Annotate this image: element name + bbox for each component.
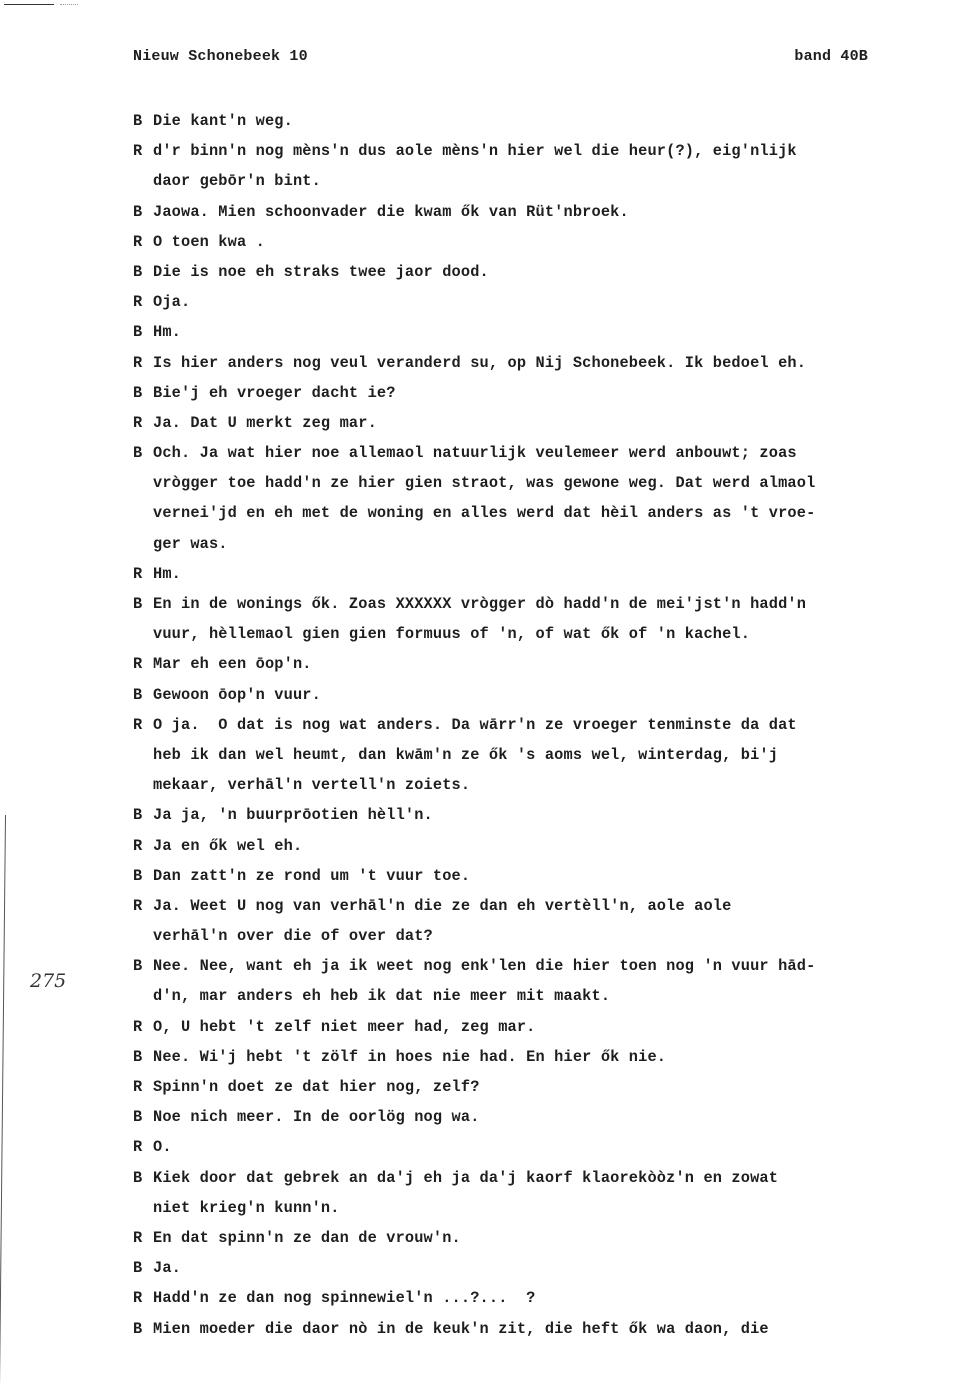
speaker-label: R <box>133 710 153 740</box>
transcript-turn: BNoe nich meer. In de oorlög nog wa. <box>133 1102 903 1132</box>
utterance-text: Hm. <box>153 565 181 583</box>
speaker-label: R <box>133 136 153 166</box>
transcript-turn: BOch. Ja wat hier noe allemaol natuurlij… <box>133 438 903 468</box>
utterance-text: Spinn'n doet ze dat hier nog, zelf? <box>153 1078 480 1096</box>
utterance-text: Dan zatt'n ze rond um 't vuur toe. <box>153 867 470 885</box>
utterance-text: Oja. <box>153 293 190 311</box>
utterance-text: niet krieg'n kunn'n. <box>153 1199 340 1217</box>
utterance-text: Och. Ja wat hier noe allemaol natuurlijk… <box>153 444 797 462</box>
transcript-turn: BJa. <box>133 1253 903 1283</box>
transcript-turn: BMien moeder die daor nò in de keuk'n zi… <box>133 1314 903 1344</box>
transcript-turn: RJa en ők wel eh. <box>133 831 903 861</box>
transcript-turn: BKiek door dat gebrek an da'j eh ja da'j… <box>133 1163 903 1193</box>
speaker-label: B <box>133 800 153 830</box>
top-rule-mark <box>4 4 54 5</box>
speaker-label: R <box>133 649 153 679</box>
utterance-text: d'r binn'n nog mèns'n dus aole mèns'n hi… <box>153 142 797 160</box>
transcript-continuation: heb ik dan wel heumt, dan kwām'n ze ők '… <box>133 740 903 770</box>
utterance-text: Kiek door dat gebrek an da'j eh ja da'j … <box>153 1169 778 1187</box>
transcript-continuation: vrògger toe hadd'n ze hier gien straot, … <box>133 468 903 498</box>
transcript-turn: BJa ja, 'n buurprōotien hèll'n. <box>133 800 903 830</box>
utterance-text: O. <box>153 1138 172 1156</box>
transcript-turn: Rd'r binn'n nog mèns'n dus aole mèns'n h… <box>133 136 903 166</box>
transcript-continuation: d'n, mar anders eh heb ik dat nie meer m… <box>133 981 903 1011</box>
utterance-text: vernei'jd en eh met de woning en alles w… <box>153 504 815 522</box>
speaker-label: B <box>133 951 153 981</box>
transcript-turn: RHadd'n ze dan nog spinnewiel'n ...?... … <box>133 1283 903 1313</box>
utterance-text: Die is noe eh straks twee jaor dood. <box>153 263 489 281</box>
transcript-continuation: vernei'jd en eh met de woning en alles w… <box>133 498 903 528</box>
utterance-text: O toen kwa . <box>153 233 265 251</box>
utterance-text: O ja. O dat is nog wat anders. Da wārr'n… <box>153 716 797 734</box>
top-rule-dots <box>60 4 78 6</box>
utterance-text: Nee. Nee, want eh ja ik weet nog enk'len… <box>153 957 815 975</box>
transcript-turn: BJaowa. Mien schoonvader die kwam ők van… <box>133 197 903 227</box>
speaker-label: R <box>133 891 153 921</box>
utterance-text: Mien moeder die daor nò in de keuk'n zit… <box>153 1320 769 1338</box>
transcript-continuation: ger was. <box>133 529 903 559</box>
utterance-text: mekaar, verhāl'n vertell'n zoiets. <box>153 776 470 794</box>
utterance-text: Ja. <box>153 1259 181 1277</box>
transcript-body: BDie kant'n weg.Rd'r binn'n nog mèns'n d… <box>133 106 903 1344</box>
transcript-continuation: daor gebōr'n bint. <box>133 166 903 196</box>
utterance-text: Is hier anders nog veul veranderd su, op… <box>153 354 806 372</box>
speaker-label: R <box>133 408 153 438</box>
transcript-turn: BNee. Wi'j hebt 't zölf in hoes nie had.… <box>133 1042 903 1072</box>
transcript-continuation: niet krieg'n kunn'n. <box>133 1193 903 1223</box>
speaker-label: R <box>133 1072 153 1102</box>
utterance-text: Ja. Weet U nog van verhāl'n die ze dan e… <box>153 897 731 915</box>
speaker-label: B <box>133 1314 153 1344</box>
speaker-label: R <box>133 1012 153 1042</box>
speaker-label: B <box>133 257 153 287</box>
transcript-turn: BNee. Nee, want eh ja ik weet nog enk'le… <box>133 951 903 981</box>
utterance-text: vrògger toe hadd'n ze hier gien straot, … <box>153 474 815 492</box>
transcript-turn: RSpinn'n doet ze dat hier nog, zelf? <box>133 1072 903 1102</box>
speaker-label: R <box>133 287 153 317</box>
transcript-continuation: mekaar, verhāl'n vertell'n zoiets. <box>133 770 903 800</box>
transcript-turn: BHm. <box>133 317 903 347</box>
speaker-label: R <box>133 559 153 589</box>
speaker-label: B <box>133 378 153 408</box>
utterance-text: heb ik dan wel heumt, dan kwām'n ze ők '… <box>153 746 778 764</box>
utterance-text: O, U hebt 't zelf niet meer had, zeg mar… <box>153 1018 536 1036</box>
utterance-text: Gewoon ōop'n vuur. <box>153 686 321 704</box>
speaker-label: B <box>133 589 153 619</box>
speaker-label: R <box>133 348 153 378</box>
speaker-label: R <box>133 1223 153 1253</box>
utterance-text: Jaowa. Mien schoonvader die kwam ők van … <box>153 203 629 221</box>
transcript-turn: REn dat spinn'n ze dan de vrouw'n. <box>133 1223 903 1253</box>
transcript-turn: BBie'j eh vroeger dacht ie? <box>133 378 903 408</box>
document-title: Nieuw Schonebeek 10 <box>133 48 308 65</box>
speaker-label: B <box>133 1042 153 1072</box>
transcript-turn: RO. <box>133 1132 903 1162</box>
transcript-turn: RJa. Weet U nog van verhāl'n die ze dan … <box>133 891 903 921</box>
speaker-label: B <box>133 680 153 710</box>
transcript-turn: BDan zatt'n ze rond um 't vuur toe. <box>133 861 903 891</box>
tape-label: band 40B <box>794 48 868 65</box>
transcript-turn: BDie is noe eh straks twee jaor dood. <box>133 257 903 287</box>
utterance-text: En dat spinn'n ze dan de vrouw'n. <box>153 1229 461 1247</box>
utterance-text: Mar eh een ōop'n. <box>153 655 312 673</box>
speaker-label: B <box>133 438 153 468</box>
speaker-label: R <box>133 1132 153 1162</box>
utterance-text: En in de wonings ők. Zoas XXXXXX vrògger… <box>153 595 806 613</box>
utterance-text: Hm. <box>153 323 181 341</box>
speaker-label: R <box>133 831 153 861</box>
transcript-turn: RIs hier anders nog veul veranderd su, o… <box>133 348 903 378</box>
utterance-text: Ja en ők wel eh. <box>153 837 302 855</box>
speaker-label: B <box>133 861 153 891</box>
utterance-text: Ja. Dat U merkt zeg mar. <box>153 414 377 432</box>
transcript-turn: RO, U hebt 't zelf niet meer had, zeg ma… <box>133 1012 903 1042</box>
speaker-label: B <box>133 1163 153 1193</box>
utterance-text: Ja ja, 'n buurprōotien hèll'n. <box>153 806 433 824</box>
transcript-turn: RO toen kwa . <box>133 227 903 257</box>
transcript-turn: RMar eh een ōop'n. <box>133 649 903 679</box>
handwritten-page-number: 275 <box>30 970 66 992</box>
transcript-turn: ROja. <box>133 287 903 317</box>
utterance-text: verhāl'n over die of over dat? <box>153 927 433 945</box>
speaker-label: R <box>133 227 153 257</box>
transcript-turn: BGewoon ōop'n vuur. <box>133 680 903 710</box>
transcript-turn: BDie kant'n weg. <box>133 106 903 136</box>
speaker-label: B <box>133 1253 153 1283</box>
utterance-text: ger was. <box>153 535 228 553</box>
utterance-text: vuur, hèllemaol gien gien formuus of 'n,… <box>153 625 750 643</box>
utterance-text: Bie'j eh vroeger dacht ie? <box>153 384 396 402</box>
speaker-label: B <box>133 317 153 347</box>
utterance-text: d'n, mar anders eh heb ik dat nie meer m… <box>153 987 610 1005</box>
utterance-text: Nee. Wi'j hebt 't zölf in hoes nie had. … <box>153 1048 666 1066</box>
speaker-label: R <box>133 1283 153 1313</box>
transcript-turn: RJa. Dat U merkt zeg mar. <box>133 408 903 438</box>
transcript-turn: BEn in de wonings ők. Zoas XXXXXX vrògge… <box>133 589 903 619</box>
speaker-label: B <box>133 1102 153 1132</box>
utterance-text: Hadd'n ze dan nog spinnewiel'n ...?... ? <box>153 1289 536 1307</box>
utterance-text: daor gebōr'n bint. <box>153 172 321 190</box>
utterance-text: Die kant'n weg. <box>153 112 293 130</box>
speaker-label: B <box>133 106 153 136</box>
transcript-continuation: vuur, hèllemaol gien gien formuus of 'n,… <box>133 619 903 649</box>
speaker-label: B <box>133 197 153 227</box>
transcript-turn: RO ja. O dat is nog wat anders. Da wārr'… <box>133 710 903 740</box>
transcript-continuation: verhāl'n over die of over dat? <box>133 921 903 951</box>
page-edge-line <box>0 815 6 1385</box>
utterance-text: Noe nich meer. In de oorlög nog wa. <box>153 1108 480 1126</box>
transcript-turn: RHm. <box>133 559 903 589</box>
